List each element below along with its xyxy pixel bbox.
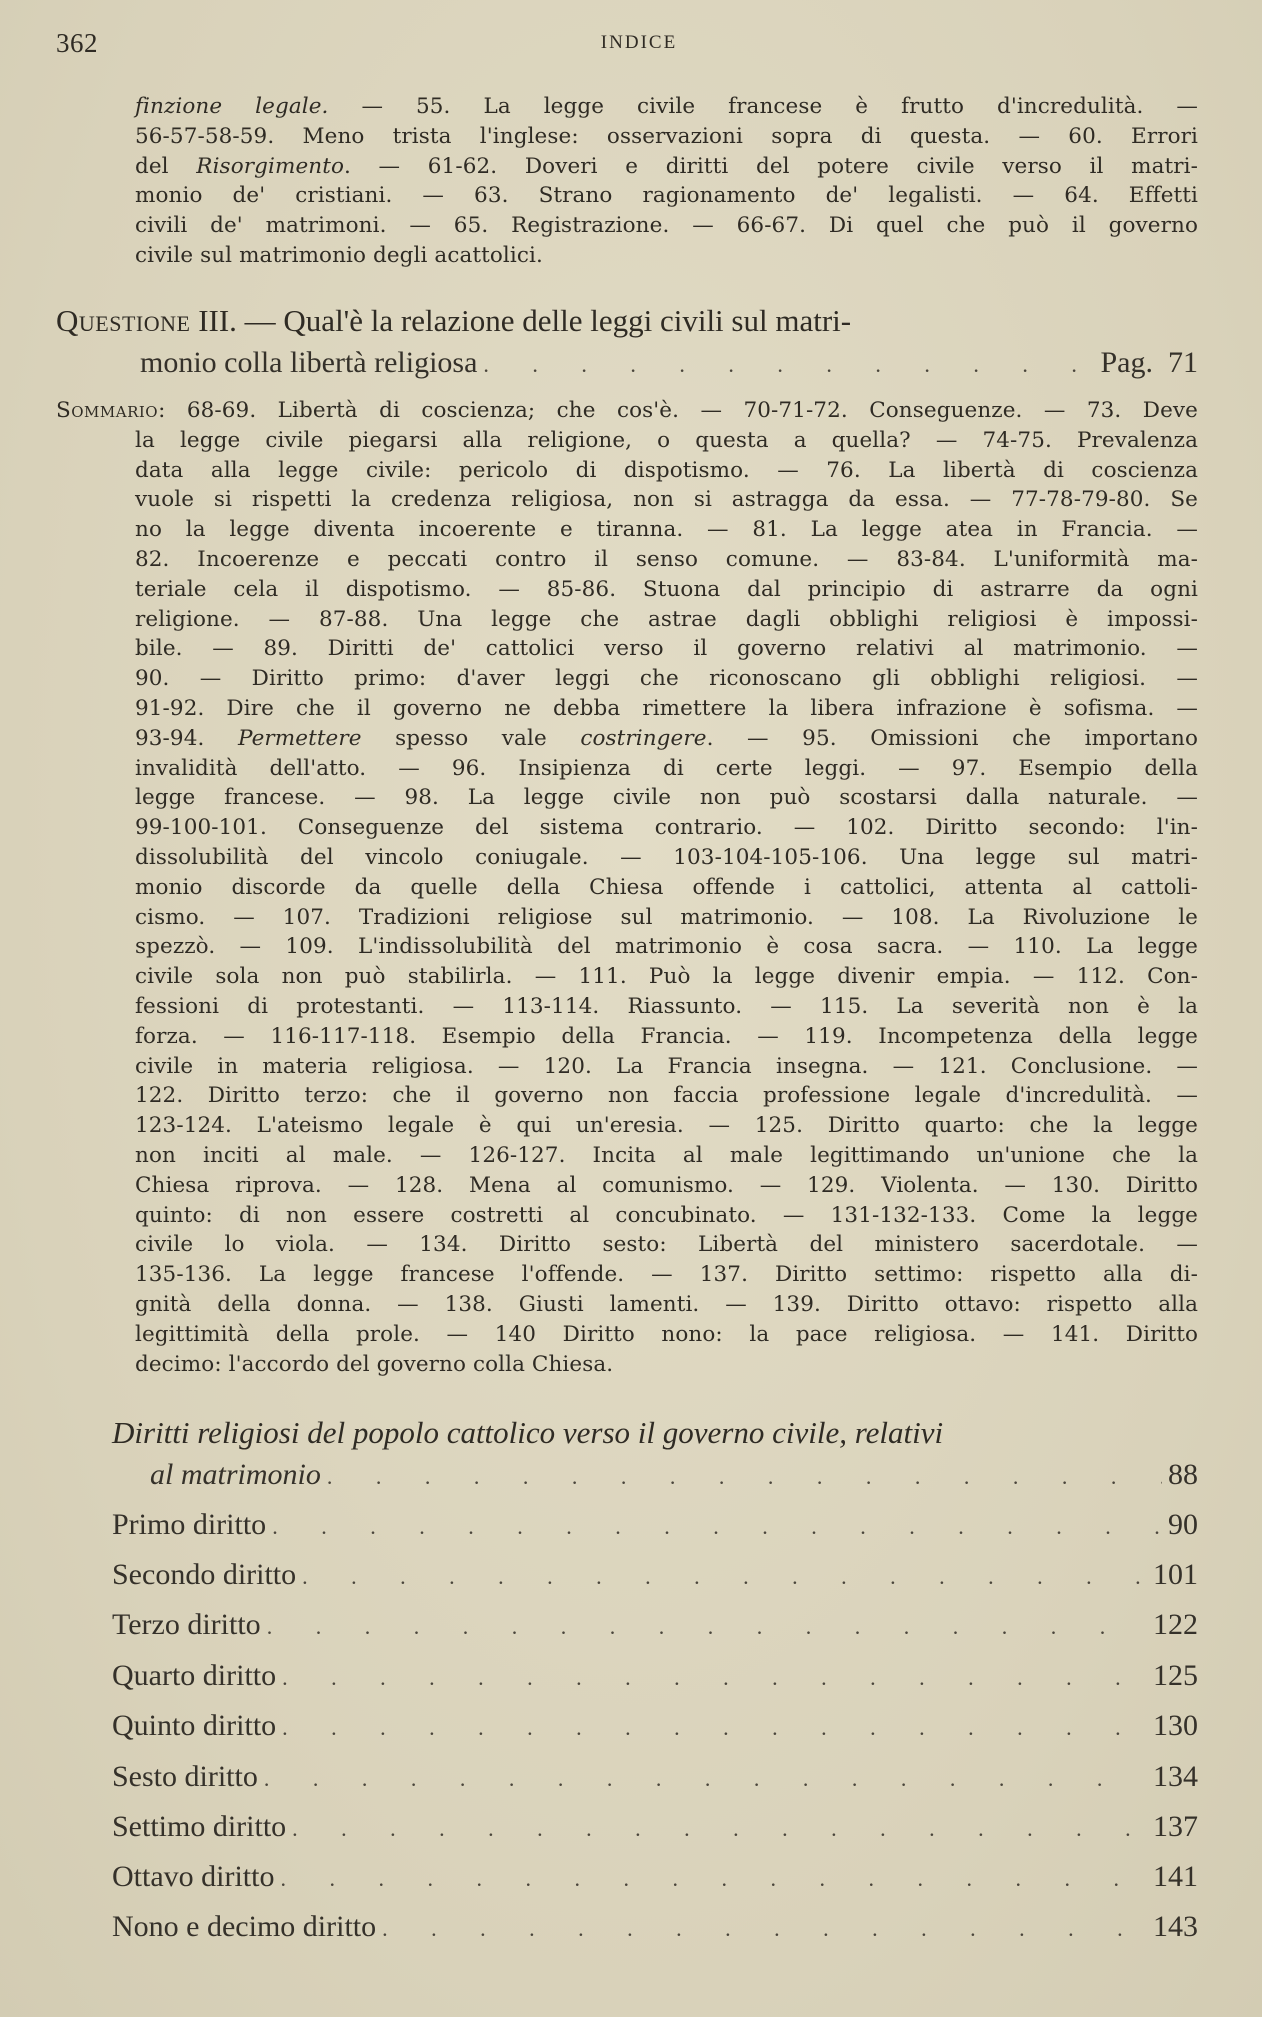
toc-label: Sesto diritto xyxy=(112,1760,258,1794)
toc-page: 134 xyxy=(1153,1760,1198,1794)
toc-section-title: Diritti religiosi del popolo cattolico v… xyxy=(112,1410,1212,1455)
toc-page: 90 xyxy=(1168,1508,1198,1542)
toc-label: Quarto diritto xyxy=(112,1659,276,1693)
question-title-line: Questione III. — Qual'è la relazione del… xyxy=(56,298,1196,343)
toc-page: 137 xyxy=(1153,1810,1198,1844)
sommario-body: la legge civile piegarsi alla religione,… xyxy=(135,426,1198,1380)
toc-page: 141 xyxy=(1153,1860,1198,1894)
sommario-line: religione. — 87-88. Una legge che astrae… xyxy=(135,605,1198,635)
summary-line: del Risorgimento. — 61-62. Doveri e diri… xyxy=(135,152,1198,182)
sommario-line: 99-100-101. Conseguenze del sistema cont… xyxy=(135,813,1198,843)
sommario-line: fessioni di protestanti. — 113-114. Rias… xyxy=(135,992,1198,1022)
summary-continuation: finzione legale. — 55. La legge civile f… xyxy=(135,92,1198,271)
sommario-line: bile. — 89. Diritti de' cattolici verso … xyxy=(135,634,1198,664)
summary-line: civili de' matrimoni. — 65. Registrazion… xyxy=(135,211,1198,241)
sommario-line: civile sola non può stabilirla. — 111. P… xyxy=(135,962,1198,992)
sommario-line: 90. — Diritto primo: d'aver leggi che ri… xyxy=(135,664,1198,694)
sommario-line: Sommario: 68-69. Libertà di coscienza; c… xyxy=(56,396,1198,426)
sommario-line: quinto: di non essere costretti al concu… xyxy=(135,1201,1198,1231)
sommario-text: spesso vale xyxy=(362,726,581,751)
sommario-line: legittimità della prole. — 140 Diritto n… xyxy=(135,1320,1198,1350)
toc-label: Quinto diritto xyxy=(112,1709,276,1743)
sommario-line: monio discorde da quelle della Chiesa of… xyxy=(135,873,1198,903)
dot-leader: . . . . . . . . . . . . . . . . . . . . … xyxy=(282,1715,1147,1741)
toc-section-title-line: Diritti religiosi del popolo cattolico v… xyxy=(112,1410,1212,1455)
sommario-line: civile lo viola. — 134. Diritto sesto: L… xyxy=(135,1230,1198,1260)
sommario-line: 122. Diritto terzo: che il governo non f… xyxy=(135,1081,1198,1111)
dot-leader: . . . . . . . . . . . . . . . . . . . . … xyxy=(327,1464,1162,1490)
toc-row-settimo[interactable]: Settimo diritto . . . . . . . . . . . . … xyxy=(112,1810,1198,1844)
toc-page: 143 xyxy=(1153,1910,1198,1944)
sommario-line: 91-92. Dire che il governo ne debba rime… xyxy=(135,694,1198,724)
question-number: III. xyxy=(198,303,237,338)
sommario-line: cismo. — 107. Tradizioni religiose sul m… xyxy=(135,903,1198,933)
sommario-line: 82. Incoerenze e peccati contro il senso… xyxy=(135,545,1198,575)
dot-leader: . . . . . . . . . . . . . . . . . . . . … xyxy=(292,1816,1147,1842)
dot-leader: . . . . . . . . . . . . . . . . . . . . … xyxy=(267,1614,1147,1640)
summary-text: — 55. La legge civile francese è frutto … xyxy=(328,94,1198,119)
toc-row-sesto[interactable]: Sesto diritto . . . . . . . . . . . . . … xyxy=(112,1760,1198,1794)
summary-line: finzione legale. — 55. La legge civile f… xyxy=(135,92,1198,122)
sommario-line: legge francese. — 98. La legge civile no… xyxy=(135,783,1198,813)
toc-label: al matrimonio xyxy=(150,1458,321,1492)
sommario-label: Sommario xyxy=(56,398,158,423)
sommario-line: vuole si rispetti la credenza religiosa,… xyxy=(135,485,1198,515)
sommario-line: civile in materia religiosa. — 120. La F… xyxy=(135,1052,1198,1082)
dot-leader: . . . . . . . . . . . . . . . . . . . . … xyxy=(282,1665,1147,1691)
dot-leader: . . . . . . . . . . . . . . . . . . . . … xyxy=(382,1916,1147,1942)
dot-leader: . . . . . . . . . . . . . . . . . . . . … xyxy=(280,1866,1147,1892)
summary-text: del xyxy=(135,154,196,179)
page-label: Pag. xyxy=(1101,346,1154,379)
toc-page: 130 xyxy=(1153,1709,1198,1743)
toc-label: Terzo diritto xyxy=(112,1608,261,1642)
sommario-line: forza. — 116-117-118. Esempio della Fran… xyxy=(135,1022,1198,1052)
sommario-line: la legge civile piegarsi alla religione,… xyxy=(135,426,1198,456)
toc-page: 88 xyxy=(1168,1458,1198,1492)
page-reference: Pag. 71 xyxy=(1101,346,1199,380)
dot-leader: . . . . . . . . . . . . . . . . . . . . … xyxy=(302,1564,1147,1590)
toc-page: 101 xyxy=(1153,1558,1198,1592)
sommario-line: no la legge diventa incoerente e tiranna… xyxy=(135,515,1198,545)
dot-leader: . . . . . . . . . . . . . . . . . . . . … xyxy=(264,1766,1147,1792)
italic-term: finzione legale. xyxy=(135,94,328,119)
sommario-line: teriale cela il dispotismo. — 85-86. Stu… xyxy=(135,575,1198,605)
sommario-line: gnità della donna. — 138. Giusti lamenti… xyxy=(135,1290,1198,1320)
toc-label: Ottavo diritto xyxy=(112,1860,274,1894)
question-title-continued: monio colla libertà religiosa xyxy=(140,346,477,380)
summary-line: monio de' cristiani. — 63. Strano ragion… xyxy=(135,181,1198,211)
toc-row-section[interactable]: al matrimonio . . . . . . . . . . . . . … xyxy=(150,1458,1198,1492)
toc-row-terzo[interactable]: Terzo diritto . . . . . . . . . . . . . … xyxy=(112,1608,1198,1642)
sommario-line: 135-136. La legge francese l'offende. — … xyxy=(135,1260,1198,1290)
question-title: — Qual'è la relazione delle leggi civili… xyxy=(237,303,851,338)
italic-term: Permettere xyxy=(238,726,362,751)
summary-line: civile sul matrimonio degli acattolici. xyxy=(135,241,1198,271)
italic-term: costringere xyxy=(580,726,706,751)
summary-text: . — 61-62. Doveri e diritti del potere c… xyxy=(344,154,1198,179)
toc-page: 122 xyxy=(1153,1608,1198,1642)
sommario-line: spezzò. — 109. L'indissolubilità del mat… xyxy=(135,932,1198,962)
toc-row-primo[interactable]: Primo diritto . . . . . . . . . . . . . … xyxy=(112,1508,1198,1542)
question-toc-row[interactable]: monio colla libertà religiosa . . . . . … xyxy=(140,346,1198,380)
sommario-line: dissolubilità del vincolo coniugale. — 1… xyxy=(135,843,1198,873)
sommario-line: Chiesa riprova. — 128. Mena al comunismo… xyxy=(135,1171,1198,1201)
toc-row-nono-decimo[interactable]: Nono e decimo diritto . . . . . . . . . … xyxy=(112,1910,1198,1944)
sommario-line: non inciti al male. — 126-127. Incita al… xyxy=(135,1141,1198,1171)
sommario-text: . — 95. Omissioni che importano xyxy=(707,726,1198,751)
toc-row-quarto[interactable]: Quarto diritto . . . . . . . . . . . . .… xyxy=(112,1659,1198,1693)
sommario-text: : 68-69. Libertà di coscienza; che cos'è… xyxy=(158,398,1198,423)
running-head: 362 INDICE xyxy=(56,28,1222,68)
sommario-text: 93-94. xyxy=(135,726,238,751)
running-title: INDICE xyxy=(56,32,1222,54)
page-value: 71 xyxy=(1168,346,1198,379)
summary-line: 56-57-58-59. Meno trista l'inglese: osse… xyxy=(135,122,1198,152)
italic-term: Risorgimento xyxy=(196,154,344,179)
book-page: 362 INDICE finzione legale. — 55. La leg… xyxy=(0,0,1262,2017)
question-label: Questione xyxy=(56,303,190,338)
sommario-line: 123-124. L'ateismo legale è qui un'eresi… xyxy=(135,1111,1198,1141)
toc-label: Primo diritto xyxy=(112,1508,266,1542)
toc-page: 125 xyxy=(1153,1659,1198,1693)
toc-row-secondo[interactable]: Secondo diritto . . . . . . . . . . . . … xyxy=(112,1558,1198,1592)
sommario-line: data alla legge civile: pericolo di disp… xyxy=(135,456,1198,486)
dot-leader: . . . . . . . . . . . . . . . . . . . . … xyxy=(272,1514,1162,1540)
sommario: Sommario: 68-69. Libertà di coscienza; c… xyxy=(56,396,1198,426)
toc-label: Settimo diritto xyxy=(112,1810,286,1844)
question-heading: Questione III. — Qual'è la relazione del… xyxy=(56,298,1196,343)
dot-leader: . . . . . . . . . . . . . . . . . . . . … xyxy=(483,352,1094,378)
toc-row-ottavo[interactable]: Ottavo diritto . . . . . . . . . . . . .… xyxy=(112,1860,1198,1894)
toc-label: Secondo diritto xyxy=(112,1558,296,1592)
sommario-line: decimo: l'accordo del governo colla Chie… xyxy=(135,1350,1198,1380)
sommario-line: 93-94. Permettere spesso vale costringer… xyxy=(135,724,1198,754)
sommario-line: invalidità dell'atto. — 96. Insipienza d… xyxy=(135,754,1198,784)
toc-label: Nono e decimo diritto xyxy=(112,1910,376,1944)
toc-row-quinto[interactable]: Quinto diritto . . . . . . . . . . . . .… xyxy=(112,1709,1198,1743)
